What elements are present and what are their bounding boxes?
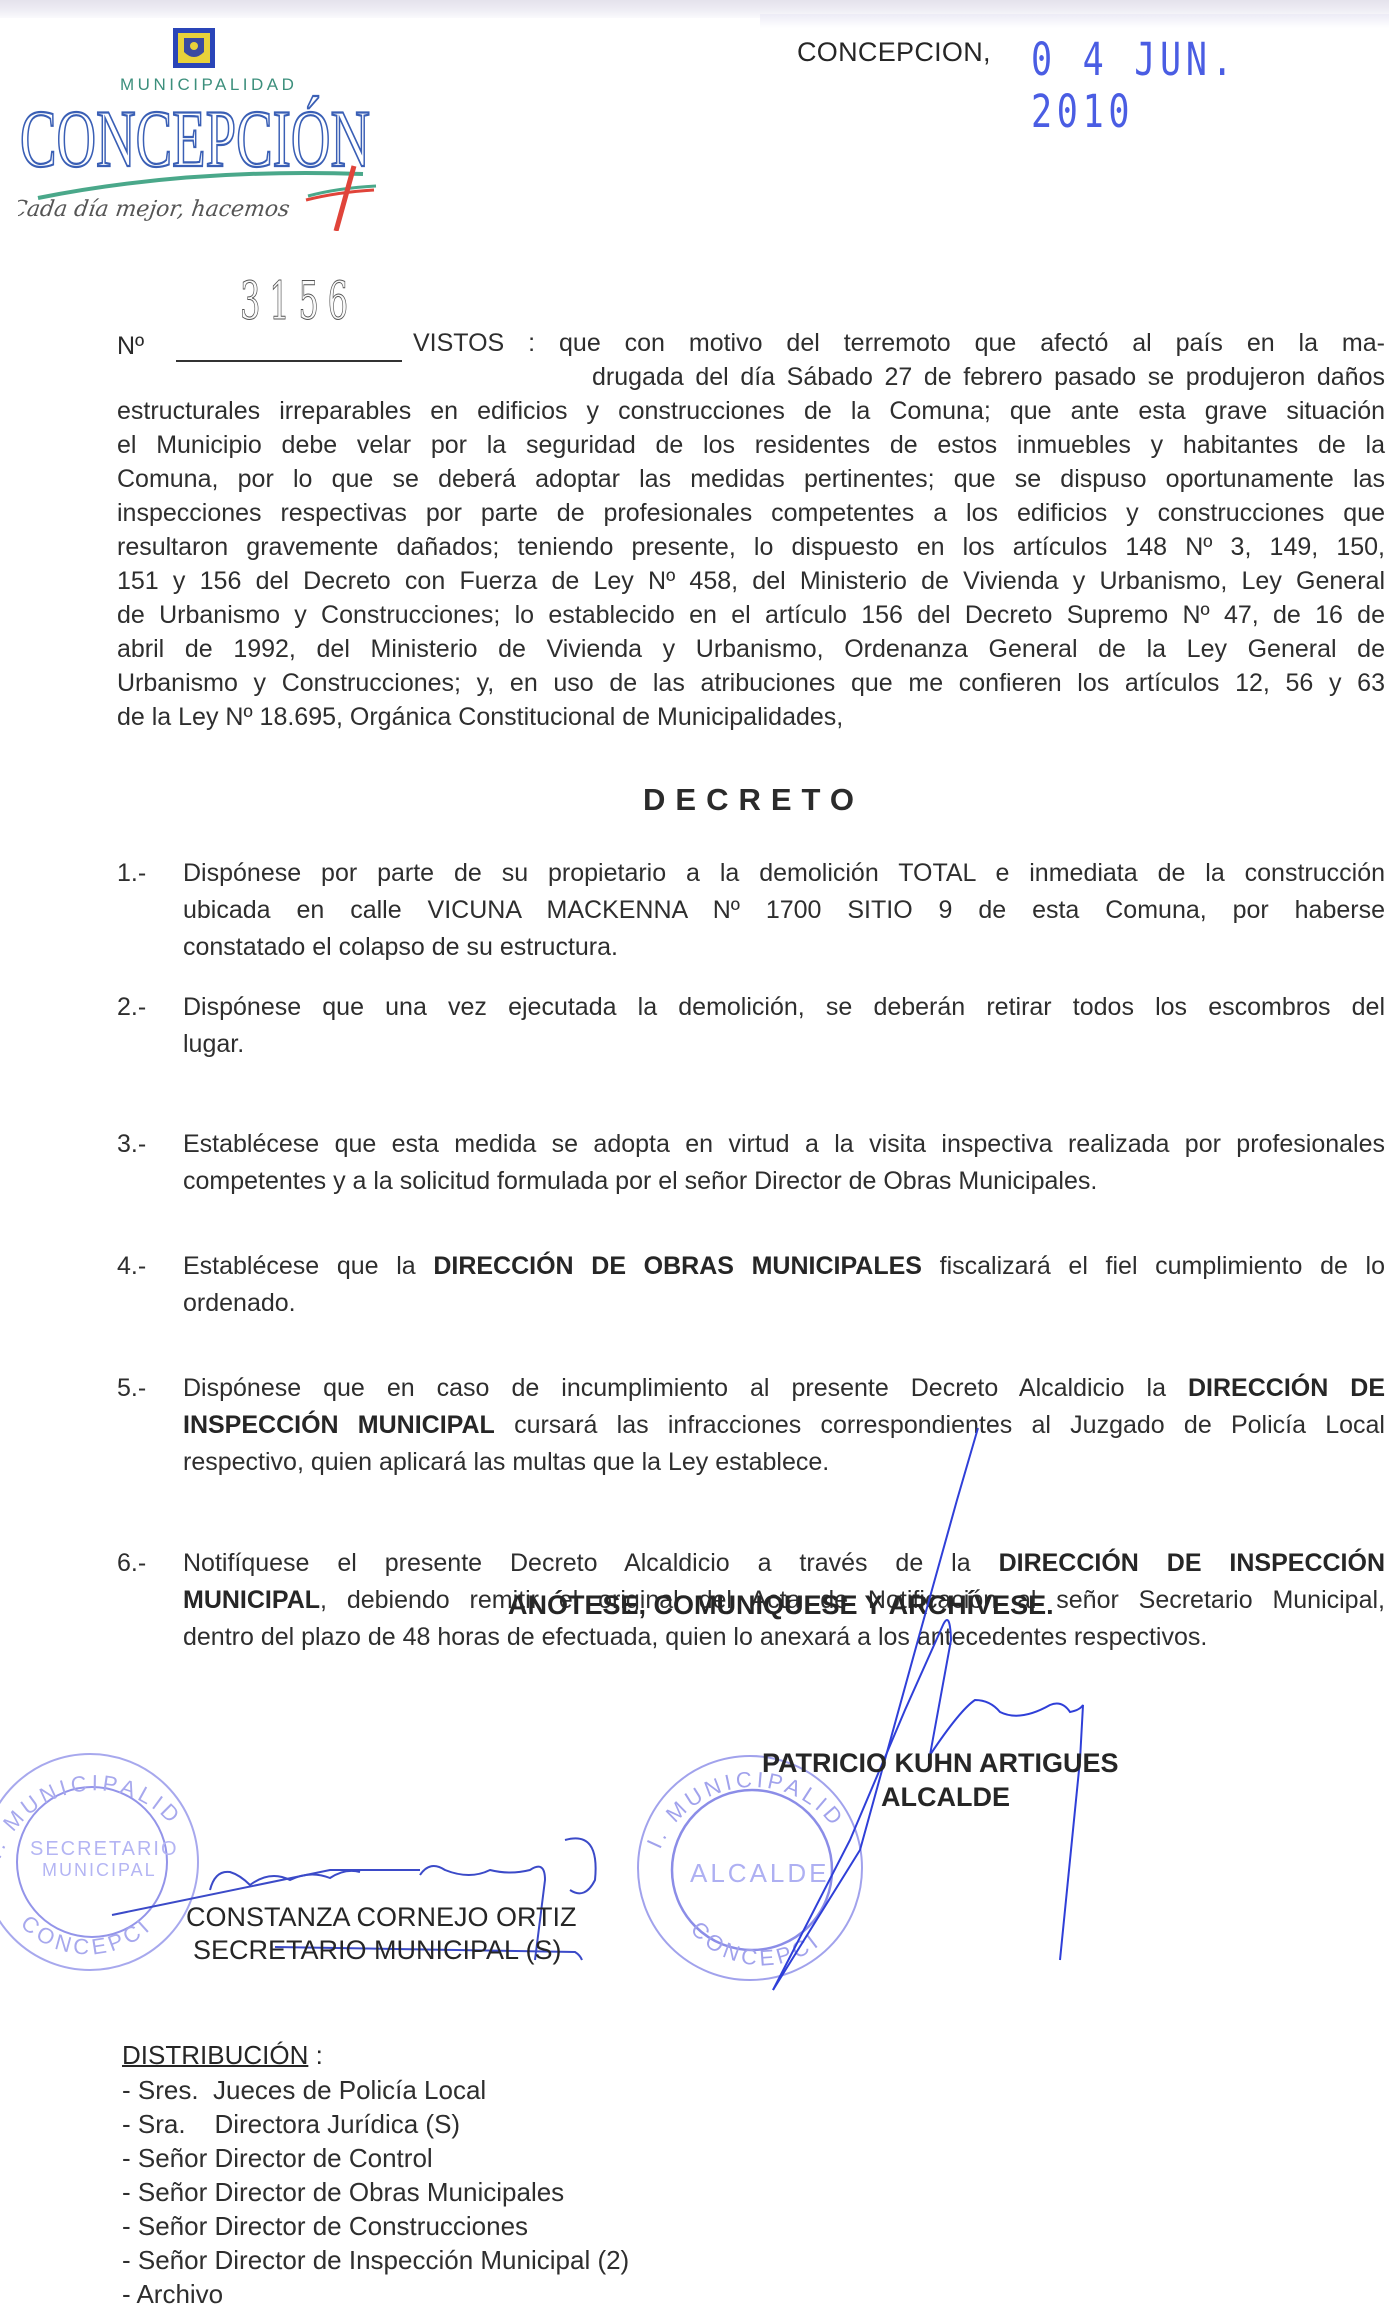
- vistos-line-2: drugada del día Sábado 27 de febrero pas…: [592, 360, 1385, 394]
- vistos-text-line: Comuna, por lo que se deberá adoptar las…: [117, 462, 1385, 496]
- vistos-text-line: estructurales irreparables en edificios …: [117, 394, 1385, 428]
- distribution-heading-text: DISTRIBUCIÓN: [122, 2040, 308, 2070]
- svg-text:CONCEPCION: CONCEPCION: [0, 0, 825, 1971]
- distribution-heading: DISTRIBUCIÓN :: [122, 2040, 323, 2071]
- svg-text:Cada día mejor, hacemos: Cada día mejor, hacemos: [18, 196, 291, 222]
- vistos-text-line: el Municipio debe velar por la seguridad…: [117, 428, 1385, 462]
- svg-text:CONCEPCION: CONCEPCION: [0, 0, 156, 1960]
- distribution-item: - Archivo: [122, 2277, 629, 2311]
- distribution-item: - Señor Director de Control: [122, 2141, 629, 2175]
- svg-text:MUNICIPALIDAD: MUNICIPALIDAD: [120, 75, 297, 94]
- svg-text:ALCALDE: ALCALDE: [690, 1858, 830, 1888]
- article-text: Dispónese que una vez ejecutada la demol…: [183, 989, 1385, 1063]
- article-number: 4.-: [117, 1248, 177, 1285]
- article-number: 3.-: [117, 1126, 177, 1163]
- distribution-item: - Señor Director de Construcciones: [122, 2209, 629, 2243]
- distribution-heading-colon: :: [308, 2040, 322, 2070]
- decree-number-underline: [176, 360, 402, 362]
- secretary-stamp: I. MUNICIPALIDAD CONCEPCION SECRETARIO M…: [0, 0, 198, 1970]
- secretary-name: CONSTANZA CORNEJO ORTIZ: [186, 1902, 577, 1933]
- mayor-title: ALCALDE: [881, 1782, 1010, 1813]
- article-text: Dispónese por parte de su propietario a …: [183, 855, 1385, 966]
- mayor-name: PATRICIO KUHN ARTIGUES: [762, 1748, 1119, 1779]
- shield-icon: [173, 28, 215, 68]
- article-text: Establécese que la DIRECCIÓN DE OBRAS MU…: [183, 1248, 1385, 1322]
- decreto-heading: DECRETO: [643, 782, 864, 818]
- article-number: 5.-: [117, 1370, 177, 1407]
- distribution-item: - Sres. Jueces de Policía Local: [122, 2073, 629, 2107]
- article-number: 1.-: [117, 855, 177, 892]
- distribution-list: - Sres. Jueces de Policía Local- Sra. Di…: [122, 2073, 629, 2311]
- vistos-text-line: inspecciones respectivas por parte de pr…: [117, 496, 1385, 530]
- article-number: 6.-: [117, 1545, 177, 1582]
- vistos-paragraph: estructurales irreparables en edificios …: [117, 394, 1385, 734]
- article-text: Dispónese que en caso de incumplimiento …: [183, 1370, 1385, 1481]
- vistos-text-line: 151 y 156 del Decreto con Fuerza de Ley …: [117, 564, 1385, 598]
- vistos-text-line: de la Ley Nº 18.695, Orgánica Constituci…: [117, 700, 1385, 734]
- svg-text:I. MUNICIPALIDAD: I. MUNICIPALIDAD: [0, 0, 187, 1862]
- closing-formula: ANÓTESE, COMUNIQUESE Y ARCHÍVESE.: [508, 1590, 1054, 1621]
- article-number: 2.-: [117, 989, 177, 1026]
- distribution-item: - Sra. Directora Jurídica (S): [122, 2107, 629, 2141]
- distribution-item: - Señor Director de Obras Municipales: [122, 2175, 629, 2209]
- decree-number-label: Nº: [117, 332, 144, 361]
- svg-text:CONCEPCIÓN: CONCEPCIÓN: [20, 93, 370, 184]
- secretary-title: SECRETARIO MUNICIPAL (S): [193, 1935, 562, 1966]
- decree-number-stamp: 3156: [240, 272, 357, 332]
- svg-text:MUNICIPAL: MUNICIPAL: [42, 1860, 157, 1880]
- vistos-line-1: VISTOS : que con motivo del terremoto qu…: [413, 326, 1385, 360]
- municipality-logo: MUNICIPALIDAD CONCEPCIÓN Cada día mejor,…: [18, 26, 378, 231]
- vistos-text-line: Urbanismo y Construcciones; y, en uso de…: [117, 666, 1385, 700]
- date-stamp: 0 4 JUN. 2010: [1031, 34, 1310, 138]
- vistos-text-line: abril de 1992, del Ministerio de Viviend…: [117, 632, 1385, 666]
- vistos-text-line: resultaron gravemente dañados; teniendo …: [117, 530, 1385, 564]
- distribution-item: - Señor Director de Inspección Municipal…: [122, 2243, 629, 2277]
- article-text: Establécese que esta medida se adopta en…: [183, 1126, 1385, 1200]
- issue-city: CONCEPCION,: [797, 37, 991, 68]
- svg-text:SECRETARIO: SECRETARIO: [30, 1838, 179, 1860]
- vistos-text-line: de Urbanismo y Construcciones; lo establ…: [117, 598, 1385, 632]
- coat-of-arms-icon: MUNICIPALIDAD CONCEPCIÓN Cada día mejor,…: [18, 26, 378, 231]
- scan-edge-band: [760, 14, 1389, 28]
- mayor-signature: [773, 1428, 1083, 1990]
